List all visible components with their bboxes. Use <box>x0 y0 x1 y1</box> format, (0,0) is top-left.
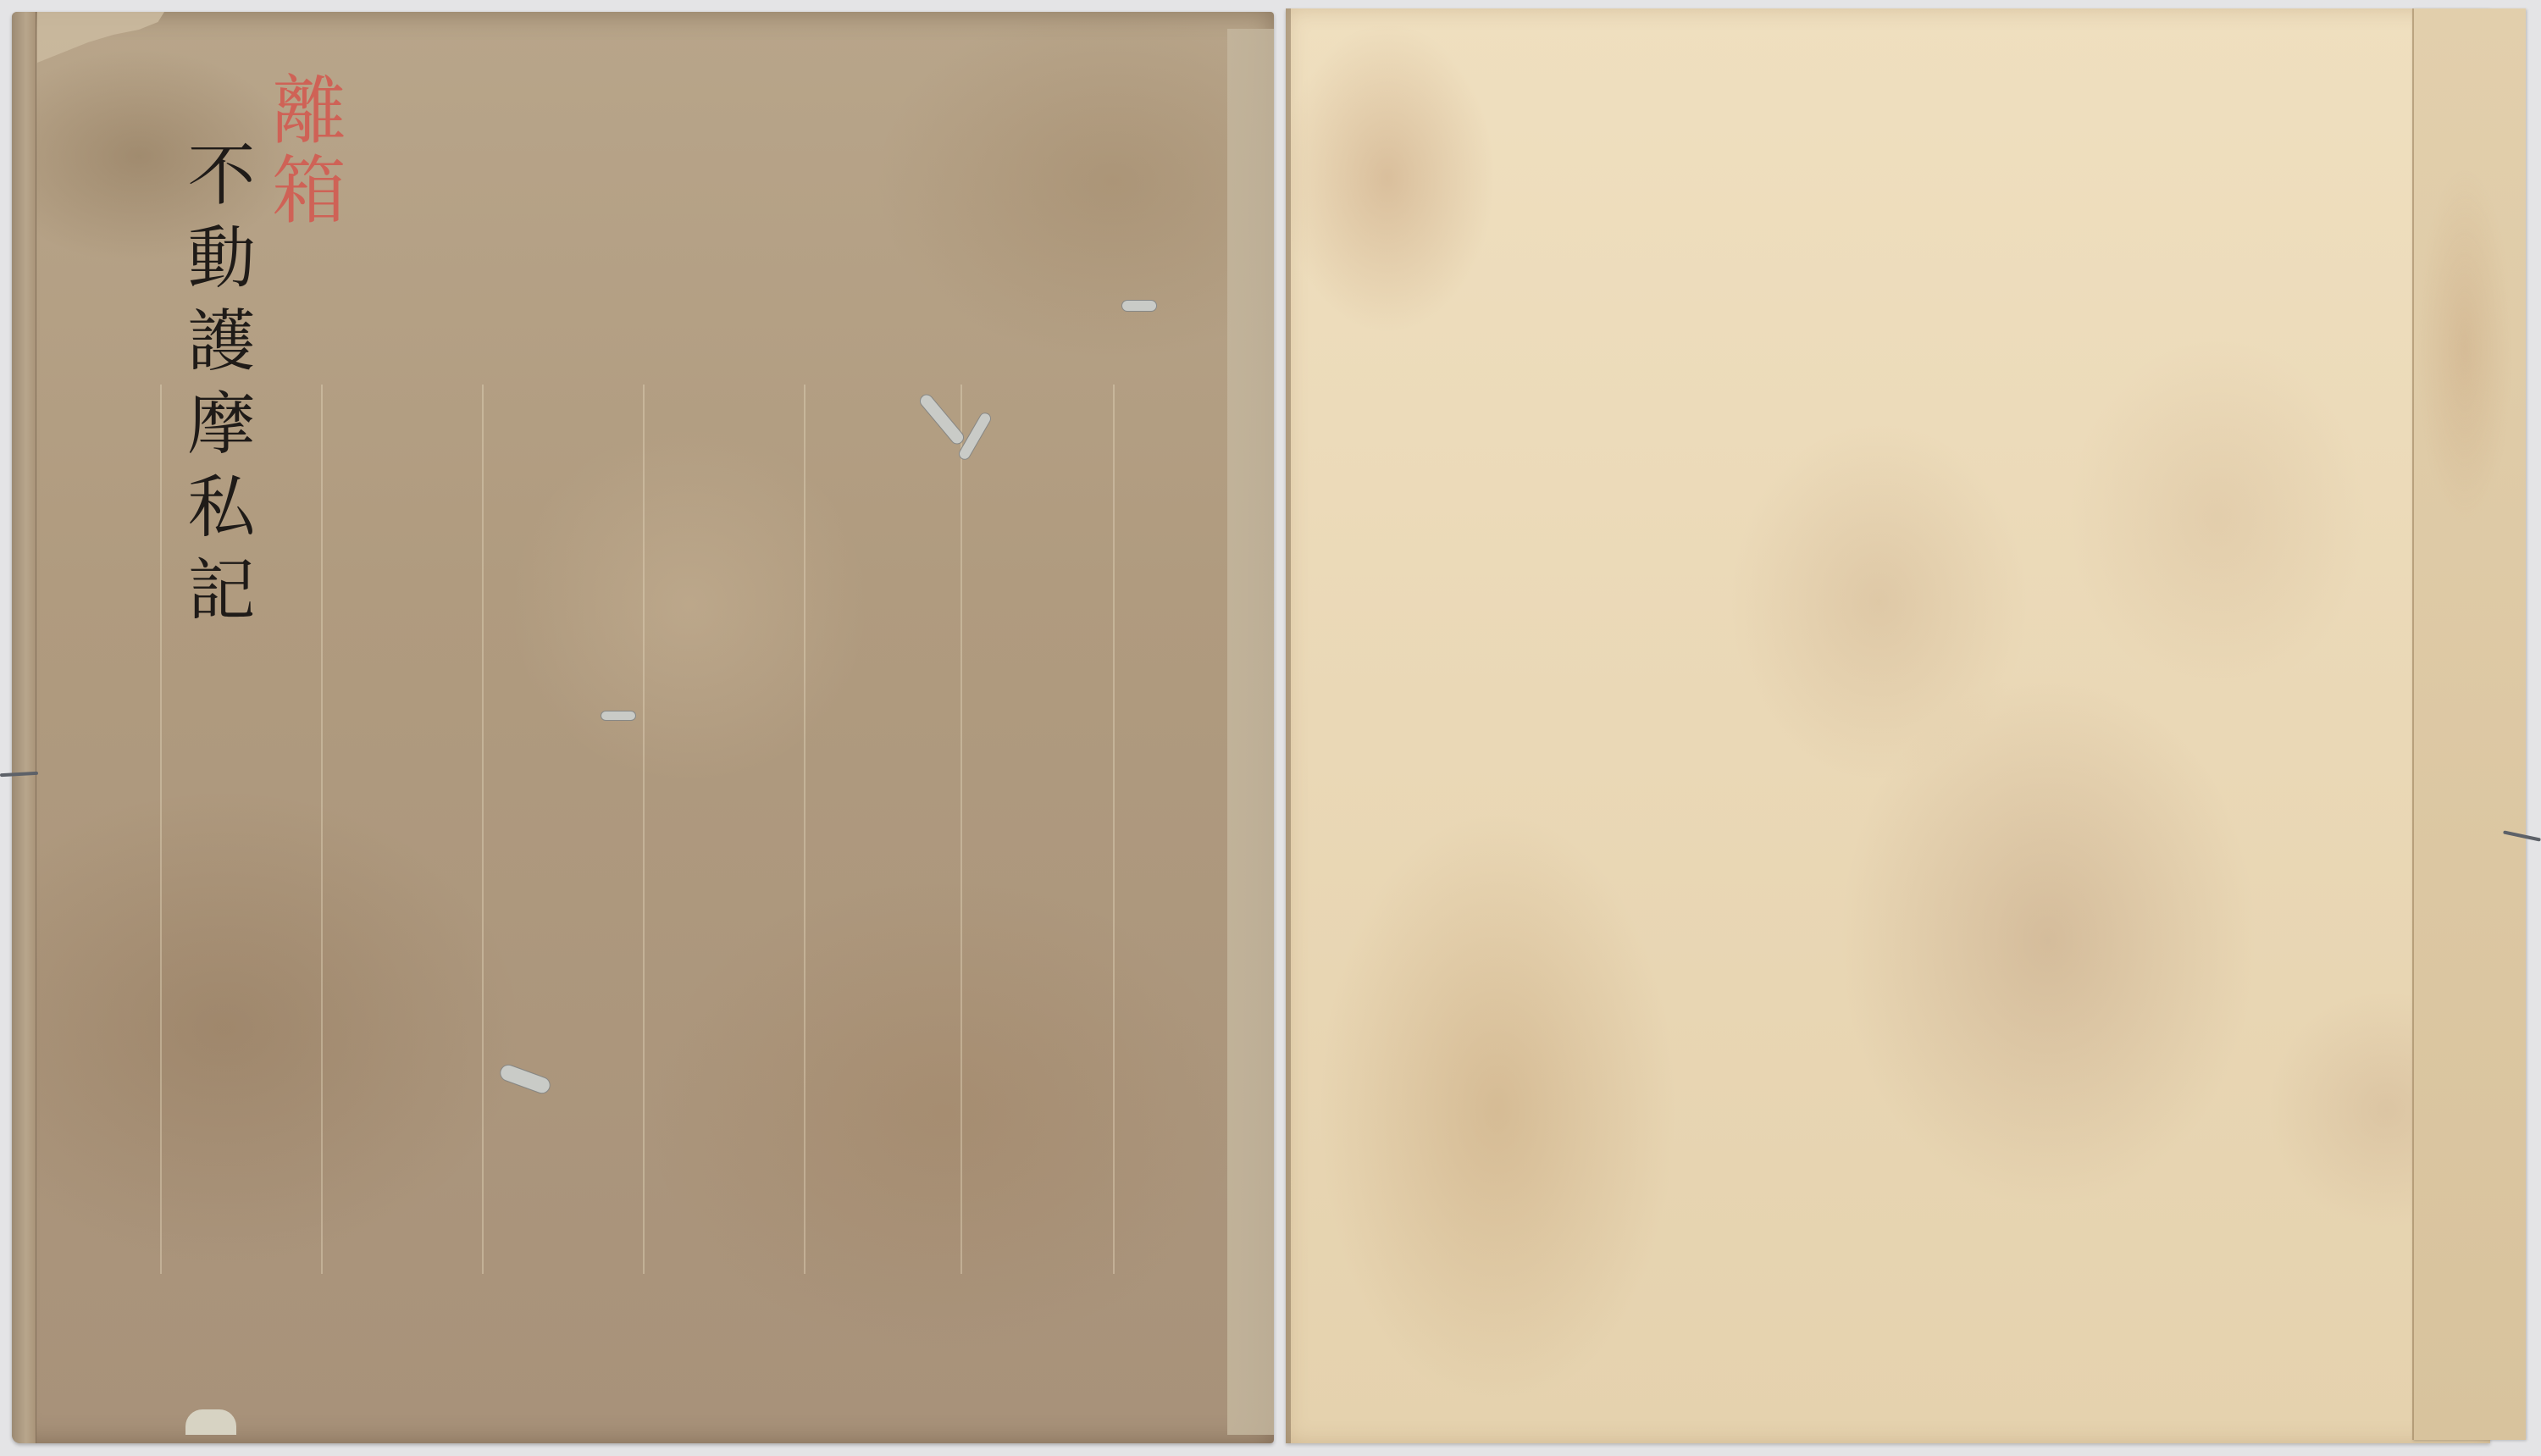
wormhole-damage <box>1121 300 1157 312</box>
wormhole-damage <box>917 391 967 446</box>
wormhole-damage <box>497 1062 552 1096</box>
paper-ruling-line <box>643 385 645 1274</box>
blank-page <box>1286 8 2490 1443</box>
wormhole-damage <box>601 711 636 721</box>
paper-ruling-line <box>960 385 962 1274</box>
torn-corner-damage <box>37 12 164 63</box>
scan-scene: 離箱 不動護摩私記 <box>0 0 2541 1456</box>
flyleaf-strip <box>2412 8 2526 1440</box>
red-shelf-label: 離箱 <box>266 71 340 230</box>
cover-page: 離箱 不動護摩私記 <box>12 12 1274 1443</box>
paper-ruling-line <box>1113 385 1115 1274</box>
binding-strip <box>12 12 36 1443</box>
paper-ruling-line <box>321 385 323 1274</box>
paper-ruling-line <box>160 385 162 1274</box>
paper-ruling-line <box>482 385 484 1274</box>
gutter-edge <box>1227 29 1274 1435</box>
paper-ruling-line <box>804 385 805 1274</box>
torn-edge-damage <box>185 1409 236 1435</box>
book-title: 不動護摩私記 <box>181 139 249 637</box>
page-edge-shadow <box>1286 8 1291 1443</box>
